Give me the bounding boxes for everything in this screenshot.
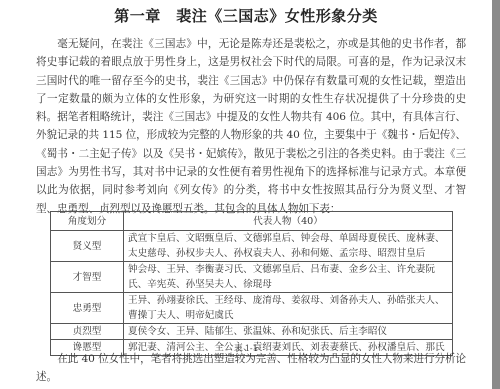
table-row: 贤义型 武宣卞皇后、文昭甄皇后、文德郭皇后、钟会母、单固母夏侯氏、庞林妻、太史慈… <box>51 231 453 262</box>
row-category: 忠勇型 <box>51 293 124 324</box>
row-category: 才智型 <box>51 262 124 293</box>
table-header-row: 角度划分 代表人物（40） <box>51 212 453 231</box>
row-names: 武宣卞皇后、文昭甄皇后、文德郭皇后、钟会母、单固母夏侯氏、庞林妻、太史慈母、孙权… <box>124 231 453 262</box>
closing-paragraph: 在此 40 位女性中，笔者将挑选出塑造较为完善、性格较为凸显的女性人物来进行分析… <box>36 350 466 387</box>
row-category: 贞烈型 <box>51 324 124 340</box>
row-names: 夏侯令女、王异、陆郁生、张温妹、孙和妃张氏、后主李昭仪 <box>124 324 453 340</box>
header-representatives: 代表人物（40） <box>124 212 453 231</box>
row-names: 钟会母、王异、李衡妻习氏、文德郭皇后、吕布妻、金乡公主、许允妻阮氏、辛宪英、孙坚… <box>124 262 453 293</box>
table-row: 才智型 钟会母、王异、李衡妻习氏、文德郭皇后、吕布妻、金乡公主、许允妻阮氏、辛宪… <box>51 262 453 293</box>
header-category: 角度划分 <box>51 212 124 231</box>
female-role-table: 角度划分 代表人物（40） 贤义型 武宣卞皇后、文昭甄皇后、文德郭皇后、钟会母、… <box>50 211 453 356</box>
row-names: 王异、孙翊妻徐氏、王经母、庞淯母、姜叙母、刘备孙夫人、孙皓张夫人、曹操丁夫人、明… <box>124 293 453 324</box>
intro-paragraph: 毫无疑问，在裴注《三国志》中，无论是陈寿还是裴松之，亦或是其他的史书作者，都将史… <box>36 35 466 218</box>
document-page: 第一章 裴注《三国志》女性形象分类 毫无疑问，在裴注《三国志》中，无论是陈寿还是… <box>0 0 492 389</box>
table-row: 忠勇型 王异、孙翊妻徐氏、王经母、庞淯母、姜叙母、刘备孙夫人、孙皓张夫人、曹操丁… <box>51 293 453 324</box>
chapter-title: 第一章 裴注《三国志》女性形象分类 <box>0 5 492 26</box>
page-edge-scrollbar <box>492 0 500 389</box>
row-category: 贤义型 <box>51 231 124 262</box>
table-row: 贞烈型 夏侯令女、王异、陆郁生、张温妹、孙和妃张氏、后主李昭仪 <box>51 324 453 340</box>
